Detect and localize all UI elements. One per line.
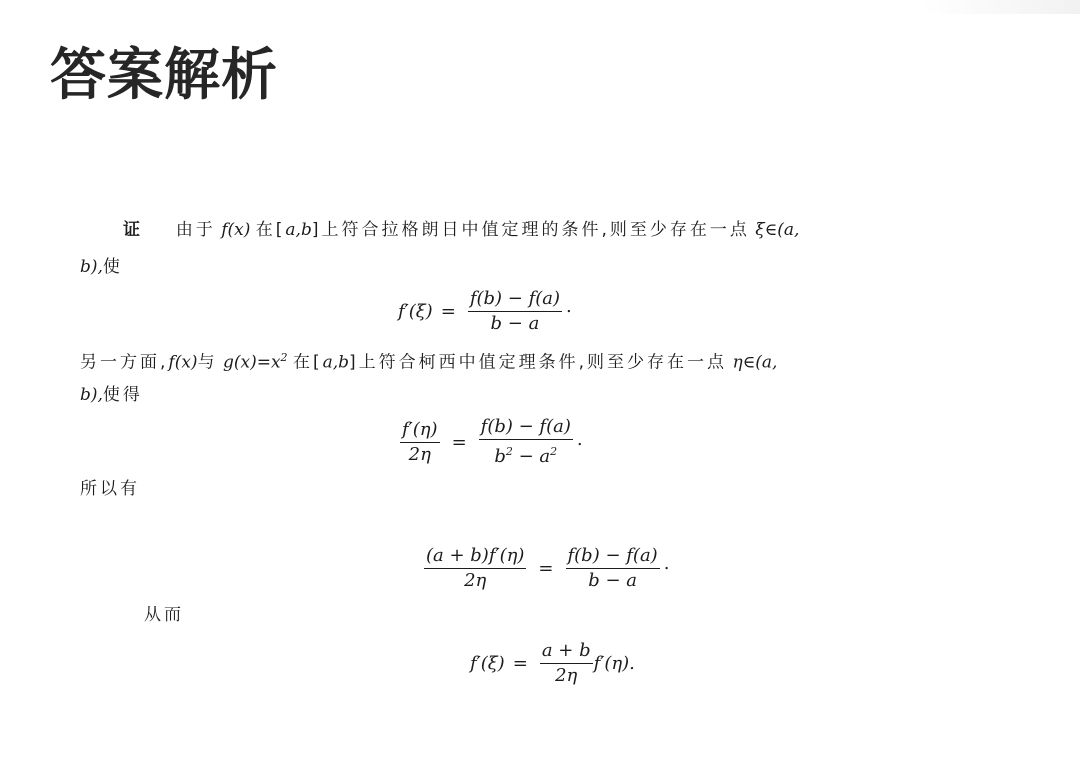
eq3-rhs-fraction: f(b) − f(a) b − a — [566, 545, 660, 592]
eq3-lhs-denominator: 2η — [464, 569, 486, 592]
eq1-lhs: f′(ξ) — [398, 301, 433, 322]
den-sup-a: 2 — [550, 445, 557, 458]
eq3-lhs-fraction: (a + b)f′(η) 2η — [424, 545, 526, 592]
text: 由于 — [176, 220, 216, 240]
window-corner-shade — [920, 0, 1080, 14]
math-interval: a,b — [323, 353, 349, 373]
math-b-close: b), — [80, 385, 103, 405]
den-sup-b: 2 — [506, 445, 513, 458]
eq2-lhs-numerator: f′(η) — [400, 419, 440, 443]
den-b: b — [494, 446, 506, 467]
eq2-lhs-denominator: 2η — [409, 443, 431, 466]
equation-3: (a + b)f′(η) 2η = f(b) − f(a) b − a . — [420, 545, 669, 592]
math-fx: f(x) — [168, 353, 197, 373]
eq2-rhs-denominator: b2 − a2 — [494, 440, 557, 468]
text: 使 — [103, 257, 123, 277]
text: 使得 — [103, 385, 143, 405]
text: 在[ — [256, 220, 286, 240]
proof-line-3: 另一方面,f(x)与 g(x)=x2 在[a,b]上符合柯西中值定理条件,则至少… — [80, 346, 777, 375]
proof-line-4: b),使得 — [80, 383, 143, 407]
eq1-equals: = — [441, 301, 456, 322]
den-minus-a: − a — [513, 446, 550, 467]
page-title: 答案解析 — [50, 40, 278, 112]
eq3-rhs-denominator: b − a — [588, 569, 637, 592]
text: 另一方面, — [80, 353, 168, 373]
equation-4: f′(ξ) = a + b 2η f′(η). — [470, 640, 635, 687]
proof-line-1: 证 由于 f(x) 在[a,b]上符合拉格朗日中值定理的条件,则至少存在一点 ξ… — [123, 218, 799, 242]
equation-1: f′(ξ) = f(b) − f(a) b − a . — [398, 288, 572, 335]
eq4-fraction: a + b 2η — [540, 640, 593, 687]
eq1-numerator: f(b) − f(a) — [468, 288, 562, 312]
math-sup: 2 — [281, 351, 288, 364]
math-eta-in: η∈(a, — [732, 353, 777, 373]
text: 所以有 — [80, 479, 140, 499]
eq3-rhs-numerator: f(b) − f(a) — [566, 545, 660, 569]
math-fx: f(x) — [221, 220, 250, 240]
eq2-rhs-fraction: f(b) − f(a) b2 − a2 — [479, 416, 573, 468]
eq3-lhs-numerator: (a + b)f′(η) — [424, 545, 526, 569]
text: 在[ — [293, 353, 323, 373]
text: 与 — [198, 353, 218, 373]
eq1-denominator: b − a — [491, 312, 540, 335]
eq4-tail: f′(η). — [594, 653, 635, 674]
text: ]上符合拉格朗日中值定理的条件,则至少存在一点 — [312, 220, 750, 240]
proof-label: 证 — [123, 220, 143, 240]
math-b-close: b), — [80, 257, 103, 277]
math-interval: a,b — [285, 220, 311, 240]
proof-line-6: 从而 — [144, 603, 184, 627]
text: 从而 — [144, 605, 184, 625]
math-gx: g(x)=x — [223, 353, 281, 373]
eq1-end: . — [566, 296, 572, 317]
text: ]上符合柯西中值定理条件,则至少存在一点 — [349, 353, 727, 373]
eq4-equals: = — [513, 653, 528, 674]
eq2-end: . — [577, 429, 583, 450]
proof-line-5: 所以有 — [80, 477, 140, 501]
eq4-lhs: f′(ξ) — [470, 653, 505, 674]
eq1-fraction: f(b) − f(a) b − a — [468, 288, 562, 335]
eq2-equals: = — [452, 432, 467, 453]
eq2-lhs-fraction: f′(η) 2η — [400, 419, 440, 466]
math-xi-in: ξ∈(a, — [755, 220, 799, 240]
eq4-denominator: 2η — [555, 664, 577, 687]
proof-line-2: b),使 — [80, 255, 123, 279]
equation-2: f′(η) 2η = f(b) − f(a) b2 − a2 . — [396, 416, 583, 468]
eq4-numerator: a + b — [540, 640, 593, 664]
eq3-end: . — [664, 553, 670, 574]
eq3-equals: = — [538, 558, 553, 579]
eq2-rhs-numerator: f(b) − f(a) — [479, 416, 573, 440]
